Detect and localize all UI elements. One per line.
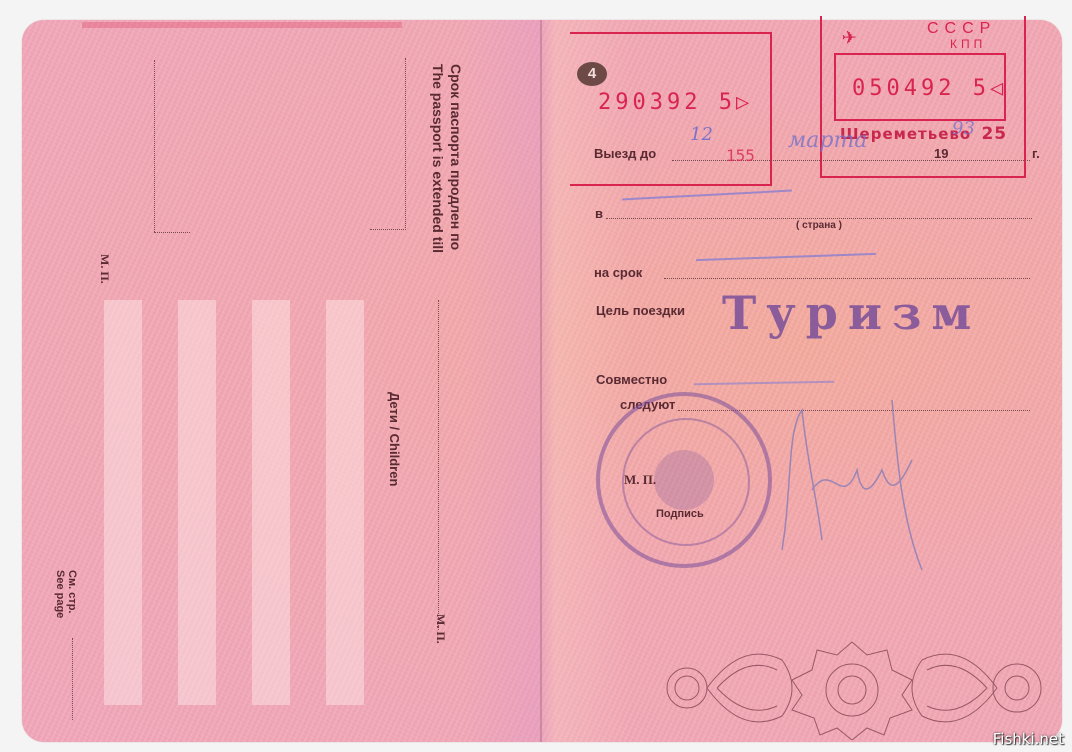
watermark: Fishki.net <box>993 730 1064 748</box>
signature-scribble <box>762 370 942 590</box>
year-suffix: г. <box>1032 146 1040 161</box>
passport-spread: Срок паспорта продлен по The passport is… <box>22 20 1062 742</box>
extension-date-line <box>438 300 439 630</box>
exit-until-stamp-fragment: 155 <box>726 146 755 165</box>
signature-label: Подпись <box>656 508 704 520</box>
guilloche-ornament <box>662 630 1052 740</box>
pen-stroke-2 <box>696 253 876 261</box>
seal-place-bottom: М. П. <box>433 614 448 644</box>
photo-stripe-3 <box>252 300 290 705</box>
exit-stamp-number: 25 <box>981 124 1007 144</box>
seal-emblem <box>654 450 714 510</box>
extension-box-right-edge <box>405 58 406 230</box>
exit-stamp-date-code: 050492 5 <box>852 76 990 101</box>
children-label: Дети / Children <box>387 392 402 486</box>
year-prefix: 19 <box>934 146 948 161</box>
exit-until-month: марта <box>788 128 867 153</box>
year-handwritten: 93 <box>952 118 975 139</box>
stamp-residue <box>82 22 402 28</box>
seal-place-top: М. П. <box>97 254 112 284</box>
photo-stripe-2 <box>178 300 216 705</box>
photo-stripe-1 <box>104 300 142 705</box>
see-page-ru: См. стр. <box>66 570 78 613</box>
exit-until-label: Выезд до <box>594 146 656 161</box>
entry-stamp-date: 290392 5▷ <box>598 90 753 115</box>
term-label: на срок <box>594 265 642 280</box>
entry-stamp-date-code: 290392 5 <box>598 90 736 115</box>
country-caption: ( страна ) <box>796 220 842 231</box>
exit-until-day: 12 <box>690 124 713 145</box>
photo-stripe-4 <box>326 300 364 705</box>
extension-label-en: The passport is extended till <box>430 64 446 253</box>
exit-stamp-checkpoint: КПП <box>950 37 986 51</box>
to-label: в <box>595 206 603 221</box>
passport-spine <box>540 20 542 742</box>
extension-box-bottom-left <box>154 232 190 233</box>
exit-arrow-icon: ◁ <box>990 76 1007 101</box>
term-line <box>664 278 1030 279</box>
exit-stamp-date: 050492 5◁ <box>852 76 1007 101</box>
extension-box-left-edge <box>154 60 155 232</box>
see-page-en: See page <box>54 570 66 618</box>
companions-label-line1: Совместно <box>596 372 667 387</box>
purpose-label: Цель поездки <box>596 303 685 318</box>
pen-stroke-1 <box>622 190 792 201</box>
official-round-seal <box>596 392 772 568</box>
seal-place-label: М. П. <box>624 472 656 488</box>
extension-box-bottom-right <box>370 229 406 230</box>
purpose-stamp: Туризм <box>722 286 981 340</box>
extension-label-ru: Срок паспорта продлен по <box>448 64 464 250</box>
exit-stamp-country: СССР <box>927 20 996 38</box>
see-page-line <box>72 638 73 720</box>
entry-arrow-icon: ▷ <box>736 90 753 115</box>
exit-stamp-plane-icon: ✈ <box>842 22 856 50</box>
country-line <box>606 218 1032 219</box>
